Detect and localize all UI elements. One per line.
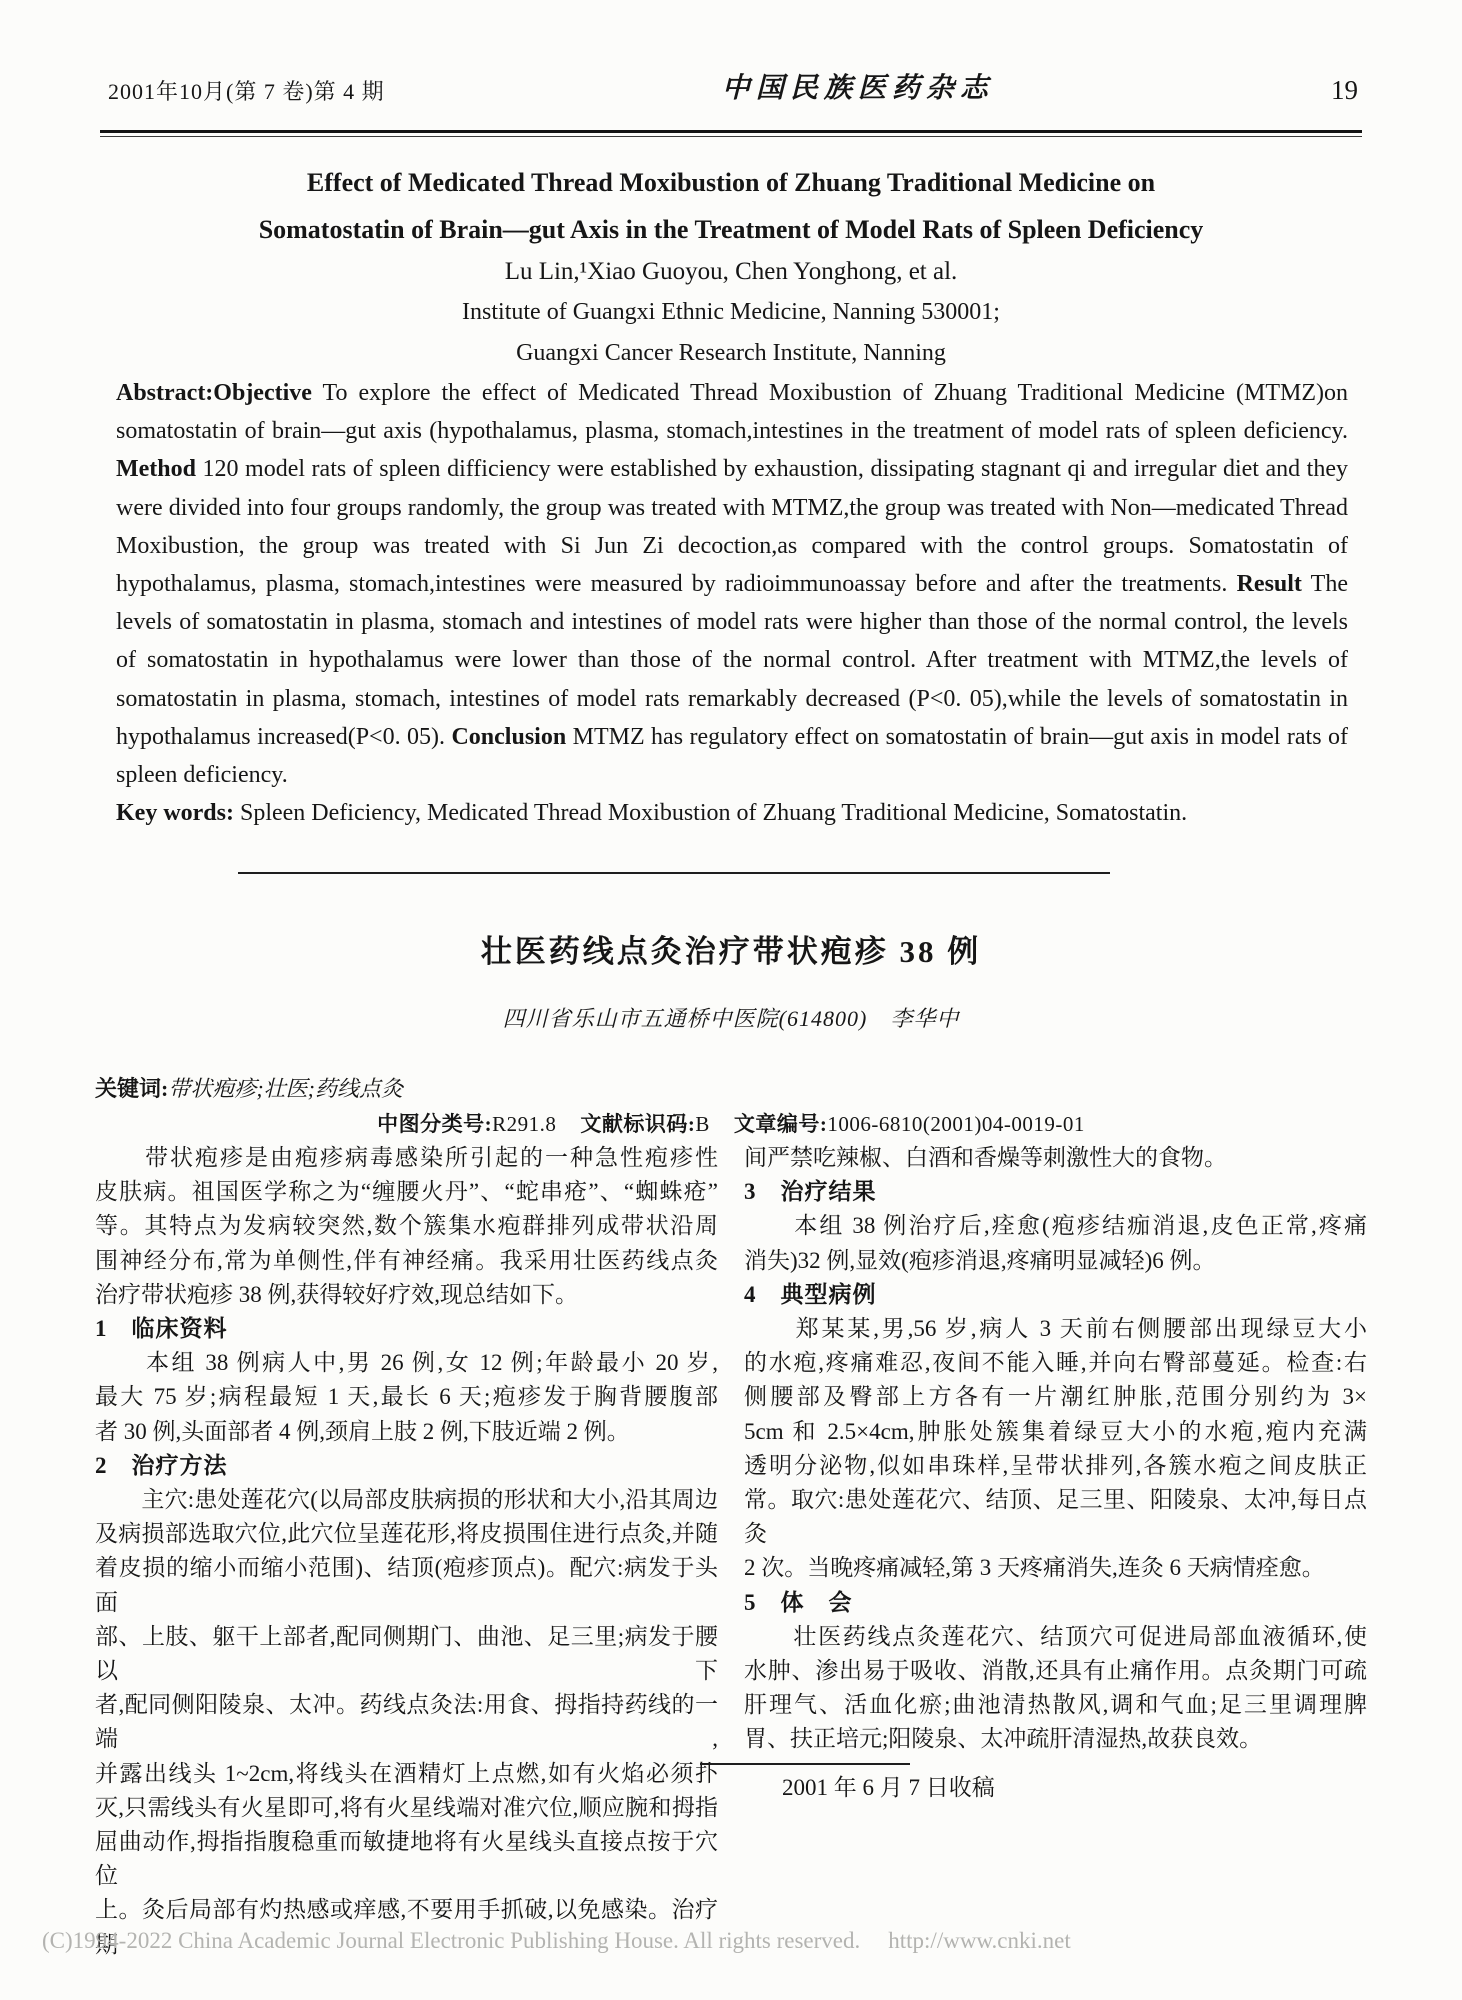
issue-info: 2001年10月(第 7 卷)第 4 期 <box>108 75 385 106</box>
text-line: 肝理气、活血化瘀;曲池清热散风,调和气血;足三里调理脾 <box>744 1688 1367 1722</box>
affiliation-line-1: Institute of Guangxi Ethnic Medicine, Na… <box>0 299 1462 326</box>
english-keywords-label: Key words: <box>116 800 234 826</box>
text-line: 灭,只需线头有火星即可,将有火星线端对准穴位,顺应腕和拇指 <box>95 1791 718 1825</box>
text-line: 本组 38 例病人中,男 26 例,女 12 例;年龄最小 20 岁, <box>95 1346 718 1380</box>
cnki-url: http://www.cnki.net <box>888 1928 1070 1953</box>
text-line: 及病损部选取穴位,此穴位呈莲花形,将皮损围住进行点灸,并随 <box>95 1517 718 1551</box>
text-line: 的水疱,疼痛难忍,夜间不能入睡,并向右臀部蔓延。检查:右 <box>744 1346 1367 1380</box>
text-line: 并露出线头 1~2cm,将线头在酒精灯上点燃,如有火焰必须扑 <box>95 1757 718 1791</box>
text-line: 皮肤病。祖国医学称之为“缠腰火丹”、“蛇串疮”、“蜘蛛疮” <box>95 1175 718 1209</box>
text-line: 着皮损的缩小而缩小范围)、结顶(疱疹顶点)。配穴:病发于头面 <box>95 1551 718 1619</box>
clc-label: 中图分类号: <box>377 1112 492 1136</box>
conclusion-label: Conclusion <box>451 724 566 750</box>
chinese-keywords-label: 关键词: <box>95 1076 168 1101</box>
doc-code-value: B <box>695 1112 710 1136</box>
header-rule <box>100 130 1362 137</box>
text-line: 透明分泌物,似如串珠样,呈带状排列,各簇水疱之间皮肤正 <box>744 1449 1367 1483</box>
right-column-lines: 间严禁吃辣椒、白酒和香燥等刺激性大的食物。3 治疗结果 本组 38 例治疗后,痊… <box>744 1141 1367 1757</box>
classification-line: 中图分类号:R291.8文献标识码:B文章编号:1006-6810(2001)0… <box>0 1108 1462 1138</box>
clc-value: R291.8 <box>492 1112 556 1136</box>
text-line: 消失)32 例,显效(疱疹消退,疼痛明显减轻)6 例。 <box>744 1244 1367 1278</box>
article-id-value: 1006-6810(2001)04-0019-01 <box>827 1112 1084 1136</box>
chinese-keywords-line: 关键词:带状疱疹;壮医;药线点灸 <box>95 1072 403 1103</box>
text-line: 治疗带状疱疹 38 例,获得较好疗效,现总结如下。 <box>95 1278 718 1312</box>
text-line: 2 治疗方法 <box>95 1449 718 1483</box>
page-number: 19 <box>1331 75 1358 106</box>
text-line: 5cm 和 2.5×4cm,肿胀处簇集着绿豆大小的水疱,疱内充满 <box>744 1415 1367 1449</box>
chinese-keywords-text: 带状疱疹;壮医;药线点灸 <box>168 1076 403 1101</box>
text-line: 部、上肢、躯干上部者,配同侧期门、曲池、足三里;病发于腰以下 <box>95 1620 718 1688</box>
article-id-label: 文章编号: <box>734 1112 828 1136</box>
text-line: 最大 75 岁;病程最短 1 天,最长 6 天;疱疹发于胸背腰腹部 <box>95 1380 718 1414</box>
text-line: 本组 38 例治疗后,痊愈(疱疹结痂消退,皮色正常,疼痛 <box>744 1209 1367 1243</box>
journal-title: 中国民族医药杂志 <box>722 66 994 106</box>
text-line: 屈曲动作,拇指指腹稳重而敏捷地将有火星线头直接点按于穴位 <box>95 1825 718 1893</box>
text-line: 者 30 例,头面部者 4 例,颈肩上肢 2 例,下肢近端 2 例。 <box>95 1415 718 1449</box>
affiliation-line-2: Guangxi Cancer Research Institute, Nanni… <box>0 340 1462 367</box>
left-column: 带状疱疹是由疱疹病毒感染所引起的一种急性疱疹性皮肤病。祖国医学称之为“缠腰火丹”… <box>95 1141 718 1962</box>
text-line: 主穴:患处莲花穴(以局部皮肤病损的形状和大小,沿其周边 <box>95 1483 718 1517</box>
abstract-paragraph: Abstract:Objective To explore the effect… <box>116 374 1348 794</box>
text-line: 围神经分布,常为单侧性,伴有神经痛。我采用壮医药线点灸 <box>95 1244 718 1278</box>
copyright-text: (C)1994-2022 China Academic Journal Elec… <box>42 1928 860 1953</box>
text-line: 5 体 会 <box>744 1586 1367 1620</box>
chinese-affiliation: 四川省乐山市五通桥中医院(614800) 李华中 <box>0 1002 1462 1033</box>
page-header: 2001年10月(第 7 卷)第 4 期 中国民族医药杂志 19 <box>108 66 1358 106</box>
text-line: 者,配同侧阳陵泉、太冲。药线点灸法:用食、拇指持药线的一端, <box>95 1688 718 1756</box>
received-date: 2001 年 6 月 7 日收稿 <box>744 1771 1367 1805</box>
page-footer: (C)1994-2022 China Academic Journal Elec… <box>42 1928 1420 1954</box>
text-line: 带状疱疹是由疱疹病毒感染所引起的一种急性疱疹性 <box>95 1141 718 1175</box>
text-line: 壮医药线点灸莲花穴、结顶穴可促进局部血液循环,使 <box>744 1620 1367 1654</box>
text-line: 常。取穴:患处莲花穴、结顶、足三里、阳陵泉、太冲,每日点灸 <box>744 1483 1367 1551</box>
text-line: 水肿、渗出易于吸收、消散,还具有止痛作用。点灸期门可疏 <box>744 1654 1367 1688</box>
text-line: 等。其特点为发病较突然,数个簇集水疱群排列成带状沿周 <box>95 1209 718 1243</box>
text-line: 郑某某,男,56 岁,病人 3 天前右侧腰部出现绿豆大小 <box>744 1312 1367 1346</box>
english-keywords-text: Spleen Deficiency, Medicated Thread Moxi… <box>234 800 1187 826</box>
journal-page: 2001年10月(第 7 卷)第 4 期 中国民族医药杂志 19 Effect … <box>0 0 1462 2000</box>
article-body: 带状疱疹是由疱疹病毒感染所引起的一种急性疱疹性皮肤病。祖国医学称之为“缠腰火丹”… <box>95 1141 1367 1962</box>
text-line: 胃、扶正培元;阳陵泉、太冲疏肝清湿热,故获良效。 <box>744 1722 1367 1756</box>
text-line: 侧腰部及臀部上方各有一片潮红肿胀,范围分别约为 3× <box>744 1380 1367 1414</box>
doc-code-label: 文献标识码: <box>580 1112 695 1136</box>
english-abstract: Abstract:Objective To explore the effect… <box>116 374 1348 832</box>
text-line: 1 临床资料 <box>95 1312 718 1346</box>
result-label: Result <box>1237 571 1302 597</box>
keywords-paragraph: Key words: Spleen Deficiency, Medicated … <box>116 794 1348 832</box>
received-date-rule <box>700 1763 910 1765</box>
text-line: 4 典型病例 <box>744 1278 1367 1312</box>
method-label: Method <box>116 456 196 482</box>
authors-line: Lu Lin,¹Xiao Guoyou, Chen Yonghong, et a… <box>0 258 1462 286</box>
method-text: 120 model rats of spleen difficiency wer… <box>116 456 1348 597</box>
right-column: 间严禁吃辣椒、白酒和香燥等刺激性大的食物。3 治疗结果 本组 38 例治疗后,痊… <box>744 1141 1367 1962</box>
text-line: 3 治疗结果 <box>744 1175 1367 1209</box>
text-line: 2 次。当晚疼痛减轻,第 3 天疼痛消失,连灸 6 天病情痊愈。 <box>744 1551 1367 1585</box>
english-title-line2: Somatostatin of Brain—gut Axis in the Tr… <box>0 215 1462 245</box>
section-divider <box>238 872 1110 874</box>
text-line: 间严禁吃辣椒、白酒和香燥等刺激性大的食物。 <box>744 1141 1367 1175</box>
chinese-article-title: 壮医药线点灸治疗带状疱疹 38 例 <box>0 926 1462 971</box>
english-title-line1: Effect of Medicated Thread Moxibustion o… <box>0 168 1462 198</box>
abstract-objective-label: Abstract:Objective <box>116 380 312 406</box>
